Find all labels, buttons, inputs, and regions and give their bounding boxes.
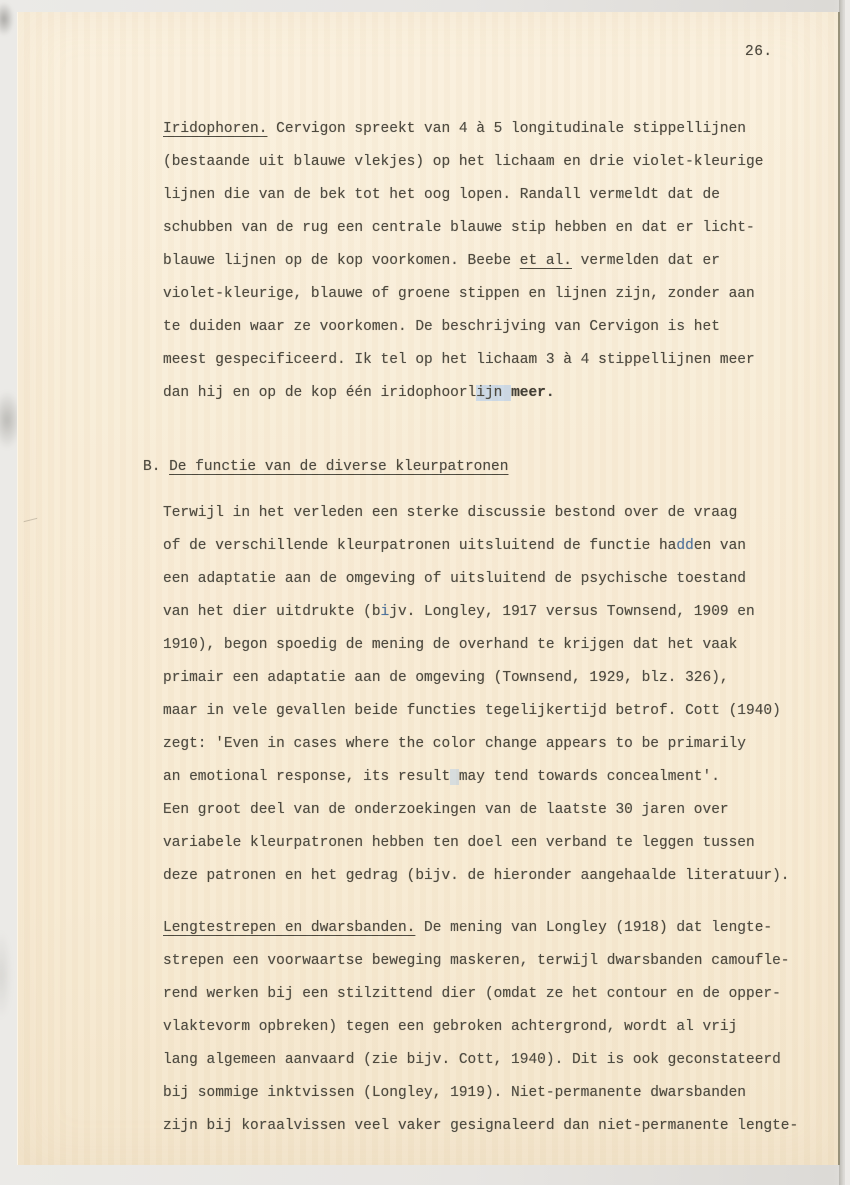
- text-line: blauwe lijnen op de kop voorkomen. Beebe…: [163, 245, 763, 278]
- text-line: dan hij en op de kop één iridophoorlijn …: [163, 377, 763, 410]
- text-line: meest gespecificeerd. Ik tel op het lich…: [163, 344, 763, 377]
- pencil-mark: [21, 518, 38, 530]
- text-line: van het dier uitdrukte (bijv. Longley, 1…: [163, 596, 790, 629]
- scan-smudge: [0, 2, 14, 36]
- page: 26. Iridophoren. Cervigon spreekt van 4 …: [17, 12, 840, 1165]
- paragraph-functie-kleurpatronen: Terwijl in het verleden een sterke discu…: [163, 497, 790, 893]
- section-b-heading: B. De functie van de diverse kleurpatron…: [143, 451, 508, 484]
- text-line: Lengtestrepen en dwarsbanden. De mening …: [163, 912, 798, 945]
- text-line: zegt: 'Even in cases where the color cha…: [163, 728, 790, 761]
- paragraph-lengtestrepen: Lengtestrepen en dwarsbanden. De mening …: [163, 912, 798, 1143]
- text-line: primair een adaptatie aan de omgeving (T…: [163, 662, 790, 695]
- text-line: B. De functie van de diverse kleurpatron…: [143, 451, 508, 484]
- text-line: rend werken bij een stilzittend dier (om…: [163, 978, 798, 1011]
- text-line: of de verschillende kleurpatronen uitslu…: [163, 530, 790, 563]
- page-number: 26.: [745, 44, 773, 60]
- text-line: een adaptatie aan de omgeving of uitslui…: [163, 563, 790, 596]
- text-line: an emotional response, its result may te…: [163, 761, 790, 794]
- text-line: deze patronen en het gedrag (bijv. de hi…: [163, 860, 790, 893]
- text-line: te duiden waar ze voorkomen. De beschrij…: [163, 311, 763, 344]
- scanner-edge-strip: [845, 0, 850, 1185]
- text-line: vlaktevorm opbreken) tegen een gebroken …: [163, 1011, 798, 1044]
- text-line: (bestaande uit blauwe vlekjes) op het li…: [163, 146, 763, 179]
- text-line: Een groot deel van de onderzoekingen van…: [163, 794, 790, 827]
- text-line: maar in vele gevallen beide functies teg…: [163, 695, 790, 728]
- text-line: Iridophoren. Cervigon spreekt van 4 à 5 …: [163, 113, 763, 146]
- scan-smudge: [0, 930, 12, 1020]
- text-line: lang algemeen aanvaard (zie bijv. Cott, …: [163, 1044, 798, 1077]
- text-line: strepen een voorwaartse beweging maskere…: [163, 945, 798, 978]
- text-line: violet-kleurige, blauwe of groene stippe…: [163, 278, 763, 311]
- paragraph-iridophoren: Iridophoren. Cervigon spreekt van 4 à 5 …: [163, 113, 763, 410]
- text-line: zijn bij koraalvissen veel vaker gesigna…: [163, 1110, 798, 1143]
- text-line: bij sommige inktvissen (Longley, 1919). …: [163, 1077, 798, 1110]
- text-line: schubben van de rug een centrale blauwe …: [163, 212, 763, 245]
- scanner-background: { "page": { "number": "26." }, "doc": { …: [0, 0, 850, 1185]
- text-line: Terwijl in het verleden een sterke discu…: [163, 497, 790, 530]
- text-line: 1910), begon spoedig de mening de overha…: [163, 629, 790, 662]
- text-line: lijnen die van de bek tot het oog lopen.…: [163, 179, 763, 212]
- text-line: variabele kleurpatronen hebben ten doel …: [163, 827, 790, 860]
